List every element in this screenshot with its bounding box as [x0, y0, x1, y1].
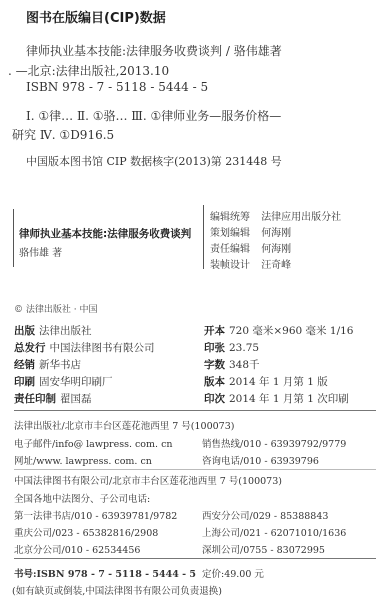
divider-rule [14, 469, 376, 470]
title-box-left-rule [13, 209, 14, 267]
return-notice: (如有缺页或倒装,中国法律图书有限公司负责退换) [12, 583, 222, 597]
branch-phone: 重庆公司/023 - 65382816/2908 [14, 525, 158, 539]
sales-hotline: 销售热线/010 - 63939792/9779 [202, 436, 346, 450]
spec-format: 开本720 毫米×960 毫米 1/16 [204, 323, 353, 338]
cip-record-number: 中国版本图书馆 CIP 数据核字(2013)第 231448 号 [26, 153, 282, 169]
spec-seller: 经销新华书店 [14, 357, 81, 372]
spec-word-count: 字数348千 [204, 357, 260, 372]
cip-heading: 图书在版编目(CIP)数据 [26, 7, 166, 26]
cip-isbn: ISBN 978 - 7 - 5118 - 5444 - 5 [26, 80, 208, 94]
spec-sheets: 印张23.75 [204, 340, 259, 355]
distributor-address: 中国法律图书有限公司/北京市丰台区莲花池西里 7 号(100073) [14, 473, 282, 487]
staff-row: 策划编辑 何海刚 [210, 224, 291, 239]
cip-title-line: 律师执业基本技能:法律服务收费谈判 / 骆伟雄著 [26, 42, 282, 59]
staff-role: 责任编辑 [210, 240, 258, 255]
staff-name: 何海刚 [261, 244, 291, 255]
staff-role: 策划编辑 [210, 224, 258, 239]
cip-subject-line-1: Ⅰ. ①律… Ⅱ. ①骆… Ⅲ. ①律师业务—服务价格— [26, 107, 281, 124]
price: 定价:49.00 元 [202, 566, 264, 580]
book-number: 书号:ISBN 978 - 7 - 5118 - 5444 - 5 [14, 566, 196, 580]
branch-phone: 西安分公司/029 - 85388843 [202, 508, 328, 522]
staff-role: 编辑统筹 [210, 208, 258, 223]
title-box-divider [203, 205, 204, 269]
branch-phone: 深圳公司/0755 - 83072995 [202, 542, 325, 556]
book-title: 律师执业基本技能:法律服务收费谈判 [19, 226, 191, 241]
publisher-email: 电子邮件/info@ lawpress. com. cn [14, 436, 173, 450]
staff-name: 法律应用出版分社 [261, 212, 341, 223]
cip-subject-line-2: 研究 Ⅳ. ①D916.5 [12, 126, 114, 143]
spec-edition: 版本2014 年 1 月第 1 版 [204, 374, 328, 389]
spec-print-supervisor: 责任印制翟国磊 [14, 391, 92, 406]
book-author: 骆伟雄 著 [19, 244, 62, 259]
copyright-notice: © 法律出版社 · 中国 [14, 302, 97, 315]
spec-printing: 印次2014 年 1 月第 1 次印刷 [204, 391, 349, 406]
spec-distributor: 总发行中国法律图书有限公司 [14, 340, 155, 355]
staff-name: 汪奇峰 [261, 260, 291, 271]
consult-phone: 咨询电话/010 - 63939796 [202, 453, 319, 467]
staff-name: 何海刚 [261, 228, 291, 239]
divider-rule [14, 410, 376, 411]
divider-rule [14, 558, 376, 559]
staff-row: 装帧设计 汪奇峰 [210, 256, 291, 271]
publisher-website: 网址/www. lawpress. com. cn [14, 453, 152, 467]
staff-role: 装帧设计 [210, 256, 258, 271]
cip-publisher-line: . —北京:法律出版社,2013.10 [8, 62, 169, 79]
branch-phone: 第一法律书店/010 - 63939781/9782 [14, 508, 177, 522]
staff-row: 编辑统筹 法律应用出版分社 [210, 208, 341, 223]
staff-row: 责任编辑 何海刚 [210, 240, 291, 255]
spec-publisher: 出版法律出版社 [14, 323, 92, 338]
branch-phone: 北京分公司/010 - 62534456 [14, 542, 140, 556]
branches-heading: 全国各地中法图分、子公司电话: [14, 491, 150, 505]
spec-printer: 印刷固安华明印刷厂 [14, 374, 113, 389]
branch-phone: 上海公司/021 - 62071010/1636 [202, 525, 346, 539]
publisher-address: 法律出版社/北京市丰台区莲花池西里 7 号(100073) [14, 418, 234, 432]
